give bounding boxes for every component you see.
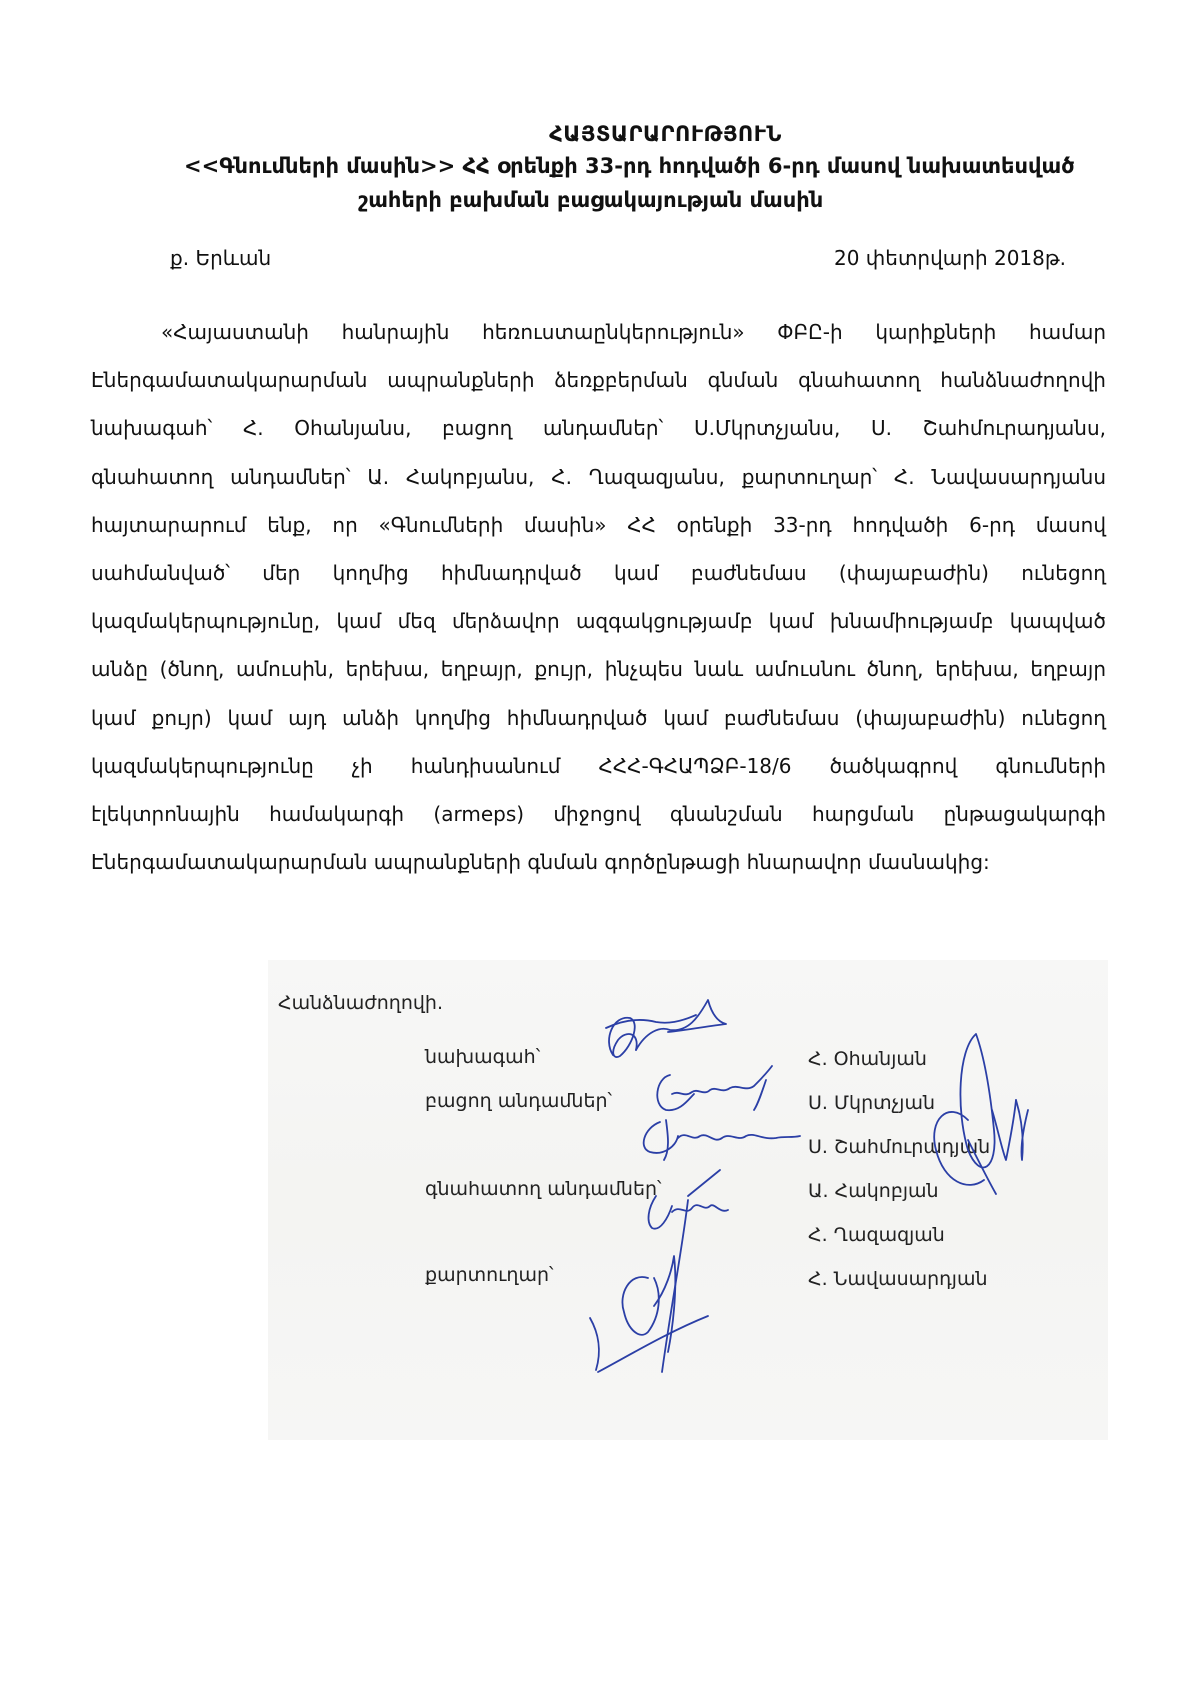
body-line: Էներգամատակարարման ապրանքների ձեռքբերման… <box>91 356 1106 404</box>
body-line: նախագահ՝ Հ. Օհանյանս, բացող անդամներ՝ Ս.… <box>91 404 1106 452</box>
body-line: կամ քույր) կամ այդ անձի կողմից հիմնադրվա… <box>91 694 1106 742</box>
signature-opening-member-1-icon <box>657 1066 772 1110</box>
signature-secretary-icon <box>590 1200 708 1372</box>
signature-chair-icon <box>606 1000 726 1057</box>
body-line: անձը (ծնող, ամուսին, երեխա, եղբայր, քույ… <box>91 645 1106 693</box>
body-line: «Հայաստանի հանրային հեռուստաընկերություն… <box>91 308 1106 356</box>
body-line: կազմակերպությունը չի հանդիսանում ՀՀՀ-ԳՀԱ… <box>91 742 1106 790</box>
handwritten-signatures <box>268 960 1108 1440</box>
signature-block: Հանձնաժողովի. նախագահ՝ բացող անդամներ՝ գ… <box>268 960 1108 1440</box>
body-line: էլեկտրոնային համակարգի (armeps) միջոցով … <box>91 790 1106 838</box>
document-subtitle-line-1: <<Գնումների մասին>> ՀՀ օրենքի 33-րդ հոդվ… <box>184 150 1075 182</box>
document-date: 20 փետրվարի 2018թ. <box>834 244 1066 272</box>
title-block: ՀԱՅՏԱՐԱՐՈՒԹՅՈՒՆ <<Գնումների մասին>> ՀՀ օ… <box>0 118 1191 150</box>
body-line: գնահատող անդամներ՝ Ա. Հակոբյանս, Հ. Ղազա… <box>91 453 1106 501</box>
body-line: հայտարարում ենք, որ «Գնումների մասին» ՀՀ… <box>91 501 1106 549</box>
body-line: կազմակերպությունը, կամ մեզ մերձավոր ազգա… <box>91 597 1106 645</box>
body-line: սահմանված՝ մեր կողմից հիմնադրված կամ բաժ… <box>91 549 1106 597</box>
signature-right-icon <box>934 1034 1028 1194</box>
document-subtitle-line-2: շահերի բախման բացակայության մասին <box>358 184 823 216</box>
document-title: ՀԱՅՏԱՐԱՐՈՒԹՅՈՒՆ <box>0 118 1191 150</box>
document-place: ք. Երևան <box>170 244 271 272</box>
signature-opening-member-2-icon <box>644 1120 800 1160</box>
declaration-body: «Հայաստանի հանրային հեռուստաընկերություն… <box>91 308 1106 886</box>
body-line: Էներգամատակարարման ապրանքների գնման գործ… <box>91 838 1106 886</box>
